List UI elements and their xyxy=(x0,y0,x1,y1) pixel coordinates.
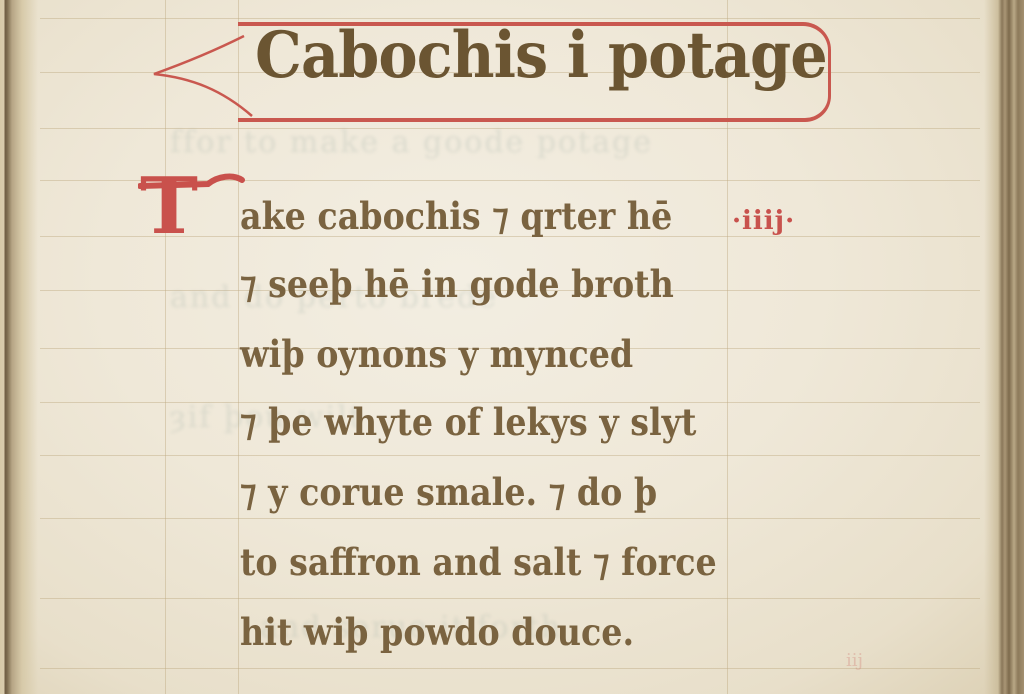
text-line-7: hit wiþ powdo douce. xyxy=(240,610,634,654)
show-through-text: ffor to make a goode potage xyxy=(170,125,653,160)
text-line-1: ake cabochis ⁊ qrter hē xyxy=(240,194,672,238)
ruling-line xyxy=(40,518,980,519)
ruling-line xyxy=(40,668,980,669)
text-line-3: wiþ oynons y mynced xyxy=(240,332,633,376)
text-line-2: ⁊ seeþ hē in gode broth xyxy=(240,262,674,306)
decorated-initial: T xyxy=(140,168,198,246)
faint-marks: iij xyxy=(846,650,863,671)
ruling-line xyxy=(40,598,980,599)
marginal-number: ·iiij· xyxy=(732,206,795,236)
page-title: Cabochis i potage xyxy=(255,18,827,93)
text-line-4: ⁊ þe whyte of lekys y slyt xyxy=(240,400,696,444)
ruling-line xyxy=(40,455,980,456)
text-line-5: ⁊ y corue smale. ⁊ do þ xyxy=(240,470,657,514)
manuscript-page: ffor to make a goode potage and do þerto… xyxy=(0,0,1024,694)
page-left-edge xyxy=(0,0,38,694)
page-right-edge xyxy=(984,0,1024,694)
text-line-6: to saffron and salt ⁊ force xyxy=(240,540,717,584)
